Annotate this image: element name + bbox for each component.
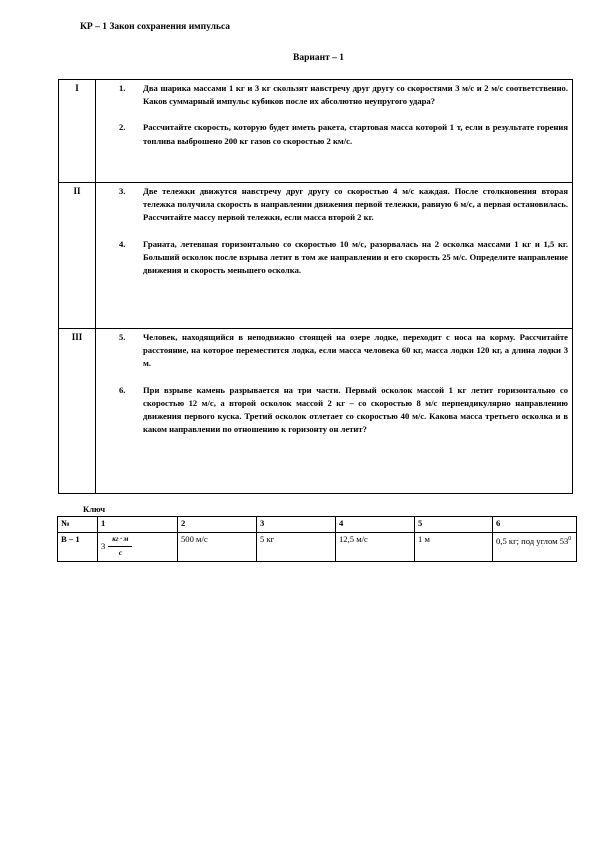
key-header-cell: 4 (336, 517, 415, 533)
task-item: 2.Рассчитайте скорость, которую будет им… (96, 121, 568, 147)
answer-key-table: № 1 2 3 4 5 6 В – 1 3 кг · м с 500 м/с 5… (57, 516, 577, 562)
task-item: 1.Два шарика массами 1 кг и 3 кг скользя… (96, 82, 568, 108)
key-header-cell: 5 (415, 517, 493, 533)
task-text: Рассчитайте скорость, которую будет имет… (143, 122, 568, 145)
task-number: 5. (119, 331, 125, 344)
key-variant-cell: В – 1 (58, 533, 98, 562)
table-row: I 1.Два шарика массами 1 кг и 3 кг сколь… (59, 80, 573, 183)
key-answer-cell: 0,5 кг; под углом 530 (493, 533, 577, 562)
key-header-cell: № (58, 517, 98, 533)
table-row: II 3.Две тележки движутся навстречу друг… (59, 183, 573, 329)
table-row: III 5.Человек, находящийся в неподвижно … (59, 329, 573, 494)
momentum-fraction: 3 кг · м с (101, 534, 132, 559)
unit-fraction: кг · м с (108, 534, 132, 559)
fraction-denominator: с (119, 547, 122, 559)
task-number: 4. (119, 238, 125, 251)
key-header-cell: 2 (178, 517, 257, 533)
task-cell: 5.Человек, находящийся в неподвижно стоя… (96, 329, 573, 494)
key-answer-cell: 1 м (415, 533, 493, 562)
answer-value: 3 (101, 541, 105, 552)
task-number: 6. (119, 384, 125, 397)
key-header-row: № 1 2 3 4 5 6 (58, 517, 577, 533)
key-header-cell: 1 (98, 517, 178, 533)
key-answer-cell: 500 м/с (178, 533, 257, 562)
task-cell: 1.Два шарика массами 1 кг и 3 кг скользя… (96, 80, 573, 183)
task-number: 2. (119, 121, 125, 134)
key-answer-cell: 3 кг · м с (98, 533, 178, 562)
level-label: III (59, 329, 96, 494)
document-title: КР – 1 Закон сохранения импульса (80, 22, 230, 32)
level-label: II (59, 183, 96, 329)
task-text: Граната, летевшая горизонтально со скоро… (143, 239, 568, 275)
key-answer-row: В – 1 3 кг · м с 500 м/с 5 кг 12,5 м/с 1… (58, 533, 577, 562)
task-text: При взрыве камень разрывается на три час… (143, 385, 568, 435)
level-label: I (59, 80, 96, 183)
key-header-cell: 6 (493, 517, 577, 533)
task-text: Две тележки движутся навстречу друг друг… (143, 186, 568, 222)
task-number: 3. (119, 185, 125, 198)
degree-superscript: 0 (568, 536, 571, 542)
task-number: 1. (119, 82, 125, 95)
task-text: Человек, находящийся в неподвижно стояще… (143, 332, 568, 368)
fraction-numerator: кг · м (108, 534, 132, 547)
key-label: Ключ (83, 504, 105, 514)
task-cell: 3.Две тележки движутся навстречу друг др… (96, 183, 573, 329)
answer-text: 0,5 кг; под углом 53 (496, 536, 568, 546)
key-header-cell: 3 (257, 517, 336, 533)
task-item: 6.При взрыве камень разрывается на три ч… (96, 384, 568, 437)
tasks-table: I 1.Два шарика массами 1 кг и 3 кг сколь… (58, 79, 573, 494)
task-item: 4.Граната, летевшая горизонтально со ско… (96, 238, 568, 278)
task-text: Два шарика массами 1 кг и 3 кг скользят … (143, 83, 568, 106)
key-answer-cell: 5 кг (257, 533, 336, 562)
task-item: 3.Две тележки движутся навстречу друг др… (96, 185, 568, 225)
key-answer-cell: 12,5 м/с (336, 533, 415, 562)
task-item: 5.Человек, находящийся в неподвижно стоя… (96, 331, 568, 371)
variant-heading: Вариант – 1 (293, 53, 344, 63)
